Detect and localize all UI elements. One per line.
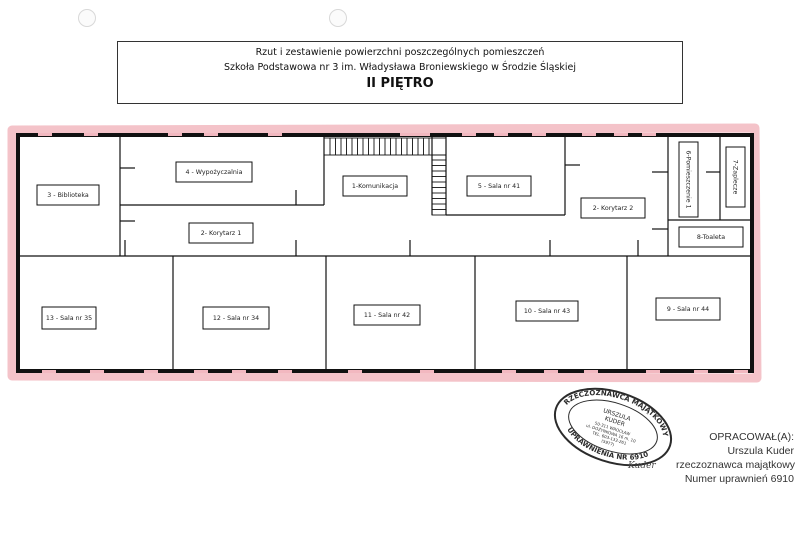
room-label-7: 7-Zaplecze [726,147,745,207]
appraiser-stamp: RZECZOZNAWCA MAJĄTKOWY UPRAWNIENIA NR 69… [545,375,681,479]
room-name: 7-Zaplecze [732,160,739,195]
signature: Kuder [627,461,656,471]
author-label: OPRACOWAŁ(A): [676,430,794,444]
outer-wall [18,135,752,371]
room-name: 11 - Sala nr 42 [364,312,410,319]
room-name: 13 - Sala nr 35 [46,315,92,322]
room-name: 12 - Sala nr 34 [213,315,259,322]
room-name: 9 - Sala nr 44 [667,306,709,313]
room-label-12: 12 - Sala nr 34 [203,307,269,329]
room-labels: 3 - Biblioteka4 - Wypożyczalnia2- Koryta… [37,142,745,329]
room-label-4: 4 - Wypożyczalnia [176,162,252,182]
highlight-outline [12,128,757,378]
room-label-2a: 2- Korytarz 1 [189,223,253,243]
room-label-11: 11 - Sala nr 42 [354,305,420,325]
room-label-8: 8-Toaleta [679,227,743,247]
room-label-6: 6-Pomieszczenie 1 [679,142,698,217]
author-license: Numer uprawnień 6910 [676,472,794,486]
author-role: rzeczoznawca majątkowy [676,458,794,472]
room-label-9: 9 - Sala nr 44 [656,298,720,320]
room-label-5: 5 - Sala nr 41 [467,176,531,196]
room-label-10: 10 - Sala nr 43 [516,301,578,321]
room-label-2b: 2- Korytarz 2 [581,198,645,218]
room-name: 2- Korytarz 1 [201,230,242,237]
author-name: Urszula Kuder [676,444,794,458]
room-name: 10 - Sala nr 43 [524,308,570,315]
room-name: 3 - Biblioteka [47,192,89,199]
room-label-3: 3 - Biblioteka [37,185,99,205]
room-name: 8-Toaleta [697,234,725,241]
room-name: 1-Komunikacja [352,183,398,190]
room-name: 2- Korytarz 2 [593,205,634,212]
interior-walls [18,137,752,369]
room-name: 5 - Sala nr 41 [478,183,520,190]
author-block: OPRACOWAŁ(A): Urszula Kuder rzeczoznawca… [676,430,794,486]
room-name: 4 - Wypożyczalnia [186,169,243,176]
room-label-13: 13 - Sala nr 35 [42,307,96,329]
room-name: 6-Pomieszczenie 1 [685,150,692,208]
room-label-1: 1-Komunikacja [343,176,407,196]
